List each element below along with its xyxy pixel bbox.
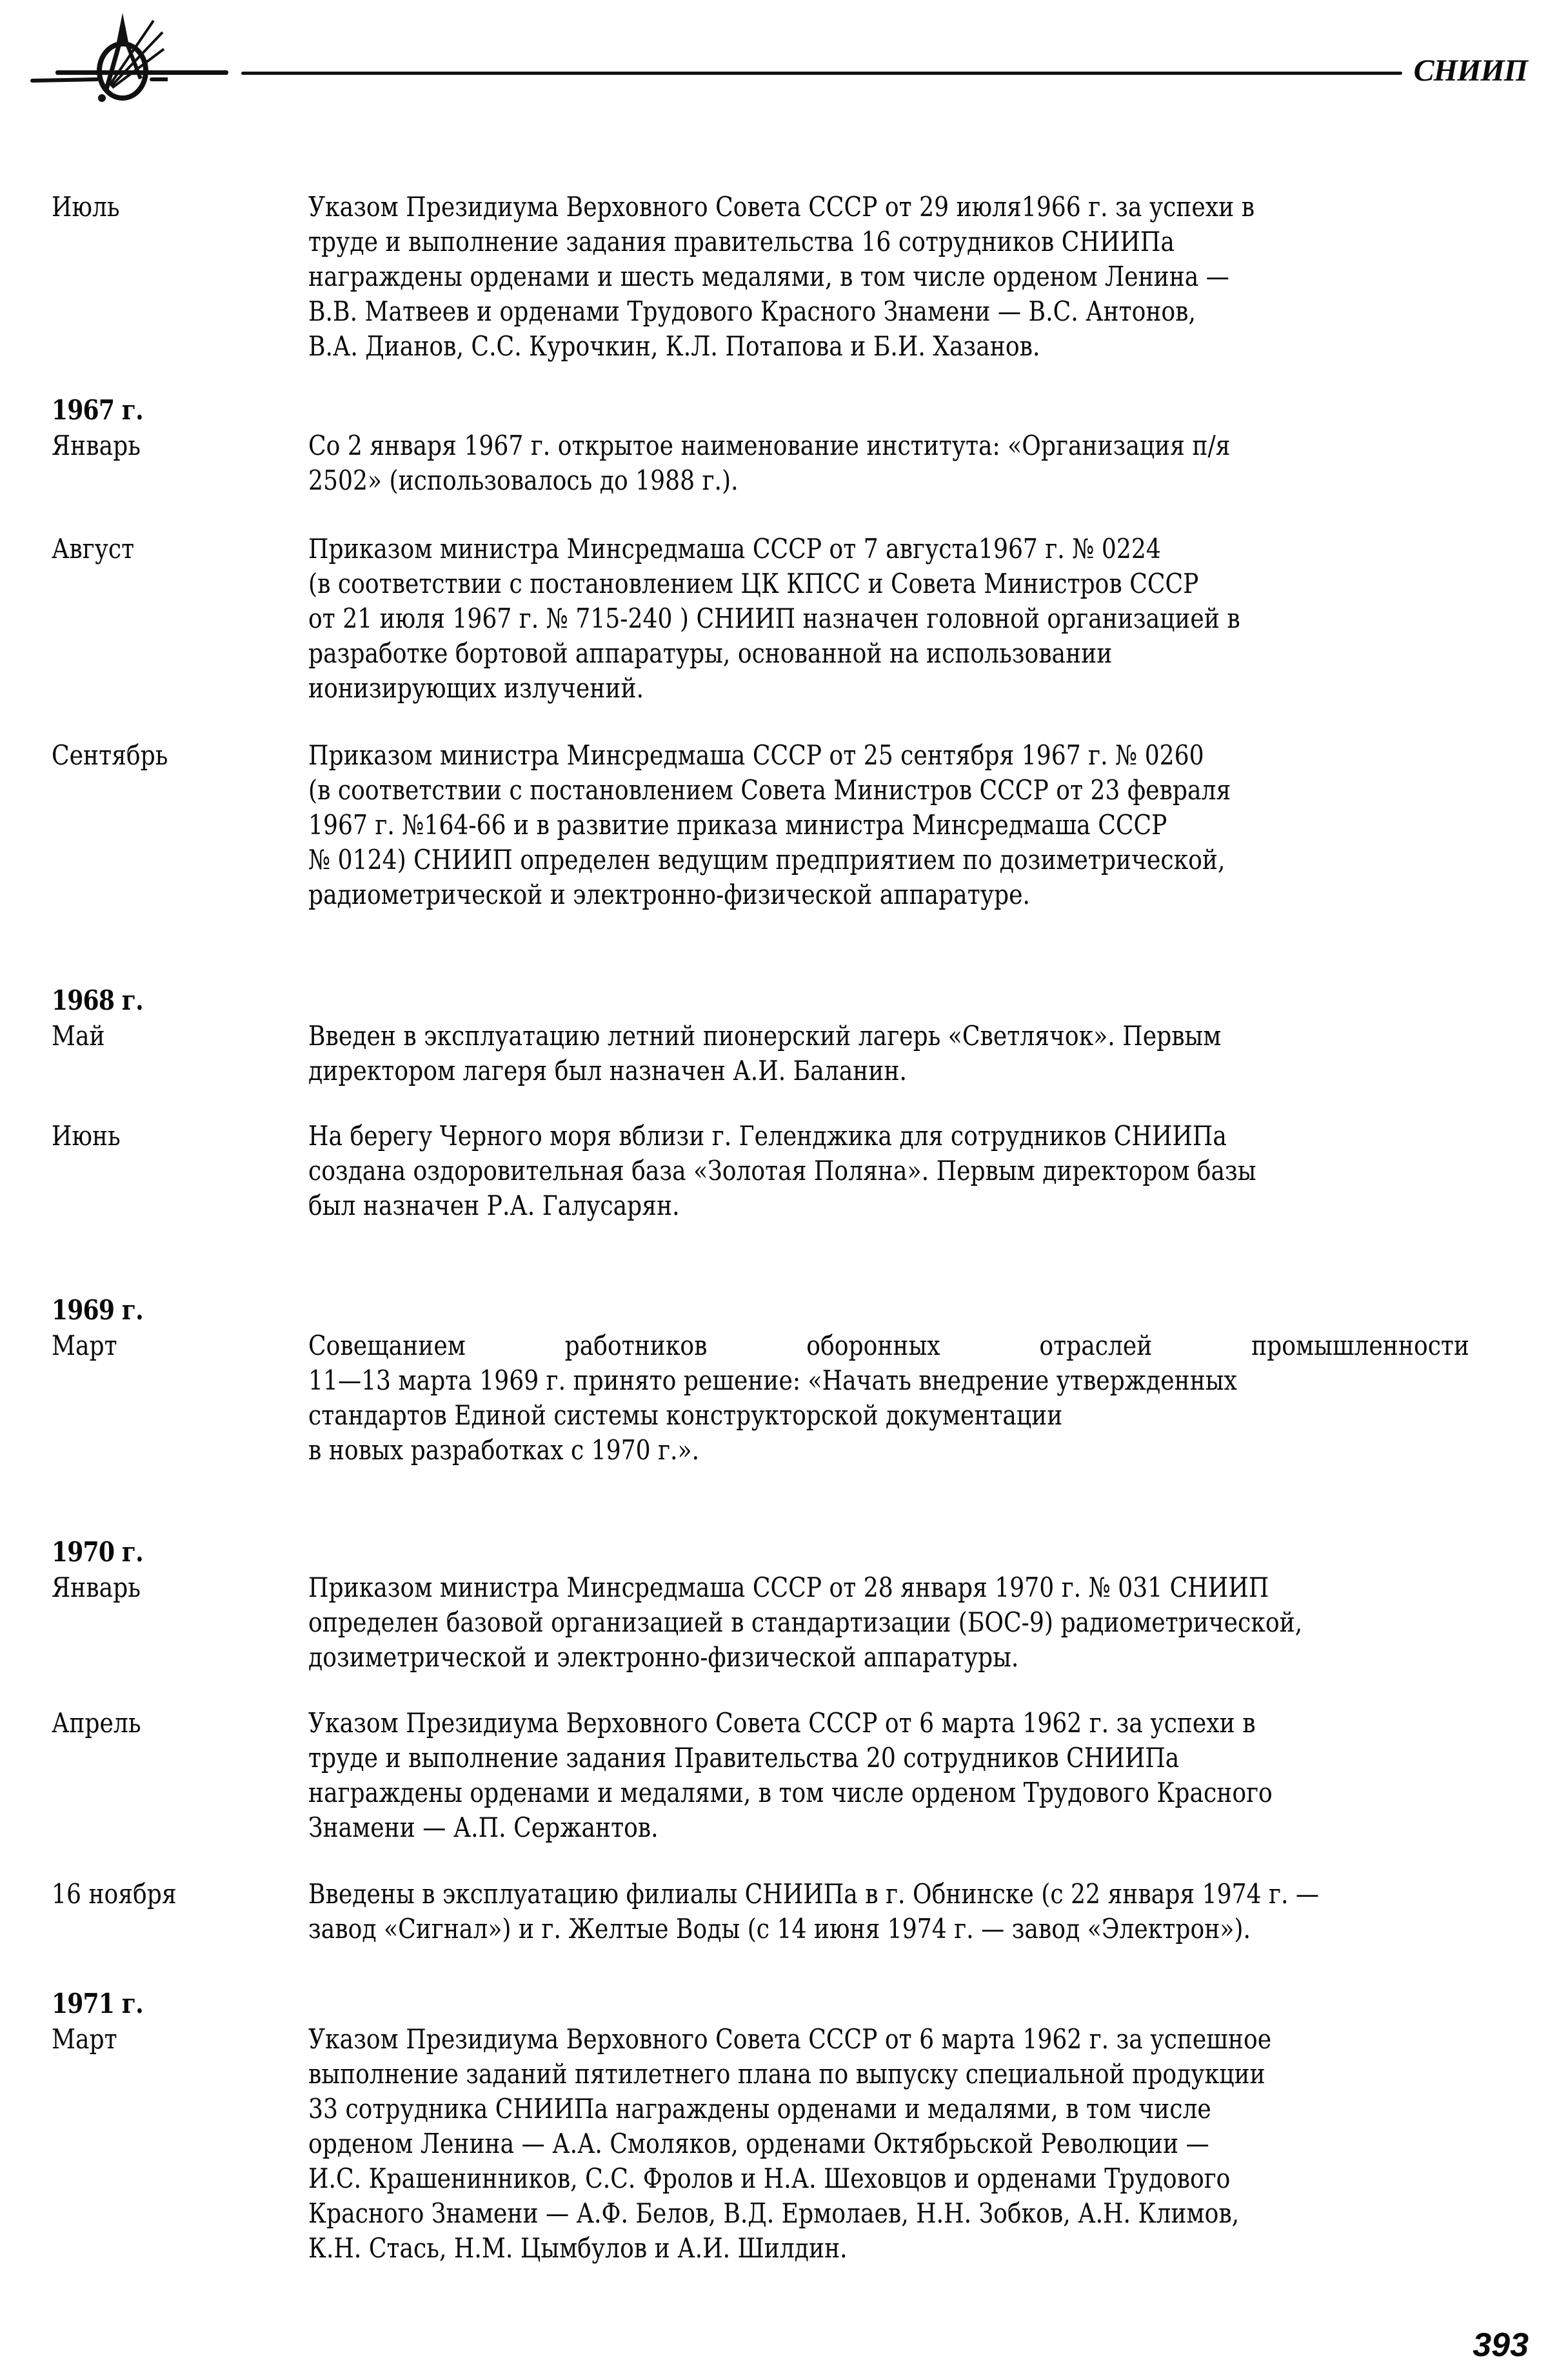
entry-text-line: разработке бортовой аппаратуры, основанн… — [308, 636, 1307, 671]
entry-text-line: В.А. Дианов, С.С. Курочкин, К.Л. Потапов… — [308, 329, 1307, 364]
entry-text: Приказом министра Минсредмаша СССР от 28… — [308, 1570, 1469, 1675]
entry-text: Указом Президиума Верховного Совета СССР… — [308, 2022, 1469, 2266]
entry-text-line: награждены орденами и медалями, в том чи… — [308, 1775, 1307, 1810]
year-heading: 1968 г. — [52, 983, 143, 1018]
entry-text-line: был назначен Р.А. Галусарян. — [308, 1188, 1307, 1223]
year-heading: 1971 г. — [52, 1986, 143, 2021]
entry-text-line: Знамени — А.П. Сержантов. — [308, 1810, 1307, 1845]
running-head: СНИИП — [1414, 53, 1527, 88]
entry-text-line: Указом Президиума Верховного Совета СССР… — [308, 2022, 1307, 2057]
page-number: 393 — [1473, 2326, 1529, 2365]
entry-text-line: создана оздоровительная база «Золотая По… — [308, 1154, 1307, 1188]
entry-text: Приказом министра Минсредмаша СССР от 25… — [308, 738, 1469, 912]
date-label: Апрель — [52, 1706, 141, 1741]
entry-text-line: ионизирующих излучений. — [308, 671, 1307, 706]
entry-text-line: Указом Президиума Верховного Совета СССР… — [308, 190, 1307, 225]
year-heading: 1969 г. — [52, 1293, 143, 1328]
date-label: Сентябрь — [52, 738, 168, 773]
entry-text-line: Совещанием работников оборонных отраслей… — [308, 1328, 1469, 1363]
date-label: Январь — [52, 428, 141, 463]
entry-text-line: орденом Ленина — А.А. Смоляков, орденами… — [308, 2126, 1307, 2161]
entry-text-line: от 21 июля 1967 г. № 715-240 ) СНИИП наз… — [308, 601, 1307, 636]
entry-text-line: 1967 г. №164-66 и в развитие приказа мин… — [308, 808, 1307, 843]
entry-text-line: К.Н. Стась, Н.М. Цымбулов и А.И. Шилдин. — [308, 2231, 1307, 2266]
entry-text-line: радиометрической и электронно-физической… — [308, 877, 1307, 912]
entry-text-line: в новых разработках с 1970 г.». — [308, 1433, 1307, 1468]
entry-text-line: Со 2 января 1967 г. открытое наименовани… — [308, 428, 1307, 463]
entry-text-line: определен базовой организацией в стандар… — [308, 1605, 1307, 1640]
entry-text-line: Введены в эксплуатацию филиалы СНИИПа в … — [308, 1877, 1307, 1912]
entry-text-line: Введен в эксплуатацию летний пионерский … — [308, 1019, 1307, 1054]
header-rule — [241, 72, 1402, 75]
entry-text-line: Приказом министра Минсредмаша СССР от 7 … — [308, 532, 1307, 566]
entry-text: Указом Президиума Верховного Совета СССР… — [308, 1706, 1469, 1845]
entry-text-line: награждены орденами и шесть медалями, в … — [308, 259, 1307, 294]
entry-text: На берегу Черного моря вблизи г. Гелендж… — [308, 1119, 1469, 1223]
entry-text-line: директором лагеря был назначен А.И. Бала… — [308, 1054, 1307, 1088]
entry-text-line: стандартов Единой системы конструкторско… — [308, 1398, 1307, 1433]
entry-text-line: Красного Знамени — А.Ф. Белов, В.Д. Ермо… — [308, 2196, 1307, 2231]
date-label: Август — [52, 532, 134, 566]
entry-text-line: 33 сотрудника СНИИПа награждены орденами… — [308, 2092, 1307, 2126]
entry-text: Совещанием работников оборонных отраслей… — [308, 1328, 1469, 1468]
entry-text: Указом Президиума Верховного Совета СССР… — [308, 190, 1469, 364]
entry-text: Введен в эксплуатацию летний пионерский … — [308, 1019, 1469, 1088]
header-rule — [55, 70, 228, 75]
sniip-atom-logo-icon — [26, 6, 168, 103]
entry-text-line: В.В. Матвеев и орденами Трудового Красно… — [308, 294, 1307, 329]
date-label: Март — [52, 2022, 117, 2057]
date-label: Март — [52, 1328, 117, 1363]
entry-text-line: 2502» (использовалось до 1988 г.). — [308, 463, 1307, 498]
entry-text-line: (в соответствии с постановлением Совета … — [308, 773, 1307, 808]
year-heading: 1970 г. — [52, 1535, 143, 1570]
entry-text: Со 2 января 1967 г. открытое наименовани… — [308, 428, 1469, 498]
entry-text-line: Указом Президиума Верховного Совета СССР… — [308, 1706, 1307, 1741]
date-label: Январь — [52, 1570, 141, 1605]
entry-text-line: 11—13 марта 1969 г. принято решение: «На… — [308, 1363, 1307, 1398]
year-heading: 1967 г. — [52, 393, 143, 428]
entry-text-line: труде и выполнение задания Правительства… — [308, 1741, 1307, 1775]
entry-text-line: На берегу Черного моря вблизи г. Гелендж… — [308, 1119, 1307, 1154]
date-label: Май — [52, 1019, 105, 1054]
date-label: 16 ноября — [52, 1877, 177, 1912]
entry-text-line: И.С. Крашенинников, С.С. Фролов и Н.А. Ш… — [308, 2161, 1307, 2196]
entry-text: Приказом министра Минсредмаша СССР от 7 … — [308, 532, 1469, 706]
entry-text-line: Приказом министра Минсредмаша СССР от 25… — [308, 738, 1307, 773]
entry-text-line: № 0124) СНИИП определен ведущим предприя… — [308, 843, 1307, 877]
entry-text-line: выполнение заданий пятилетнего плана по … — [308, 2057, 1307, 2092]
entry-text-line: (в соответствии с постановлением ЦК КПСС… — [308, 566, 1307, 601]
date-label: Июль — [52, 190, 120, 225]
entry-text-line: завод «Сигнал») и г. Желтые Воды (с 14 и… — [308, 1912, 1307, 1946]
entry-text-line: дозиметрической и электронно-физической … — [308, 1640, 1307, 1675]
entry-text-line: Приказом министра Минсредмаша СССР от 28… — [308, 1570, 1307, 1605]
entry-text: Введены в эксплуатацию филиалы СНИИПа в … — [308, 1877, 1469, 1946]
entry-text-line: труде и выполнение задания правительства… — [308, 225, 1307, 259]
date-label: Июнь — [52, 1119, 121, 1154]
